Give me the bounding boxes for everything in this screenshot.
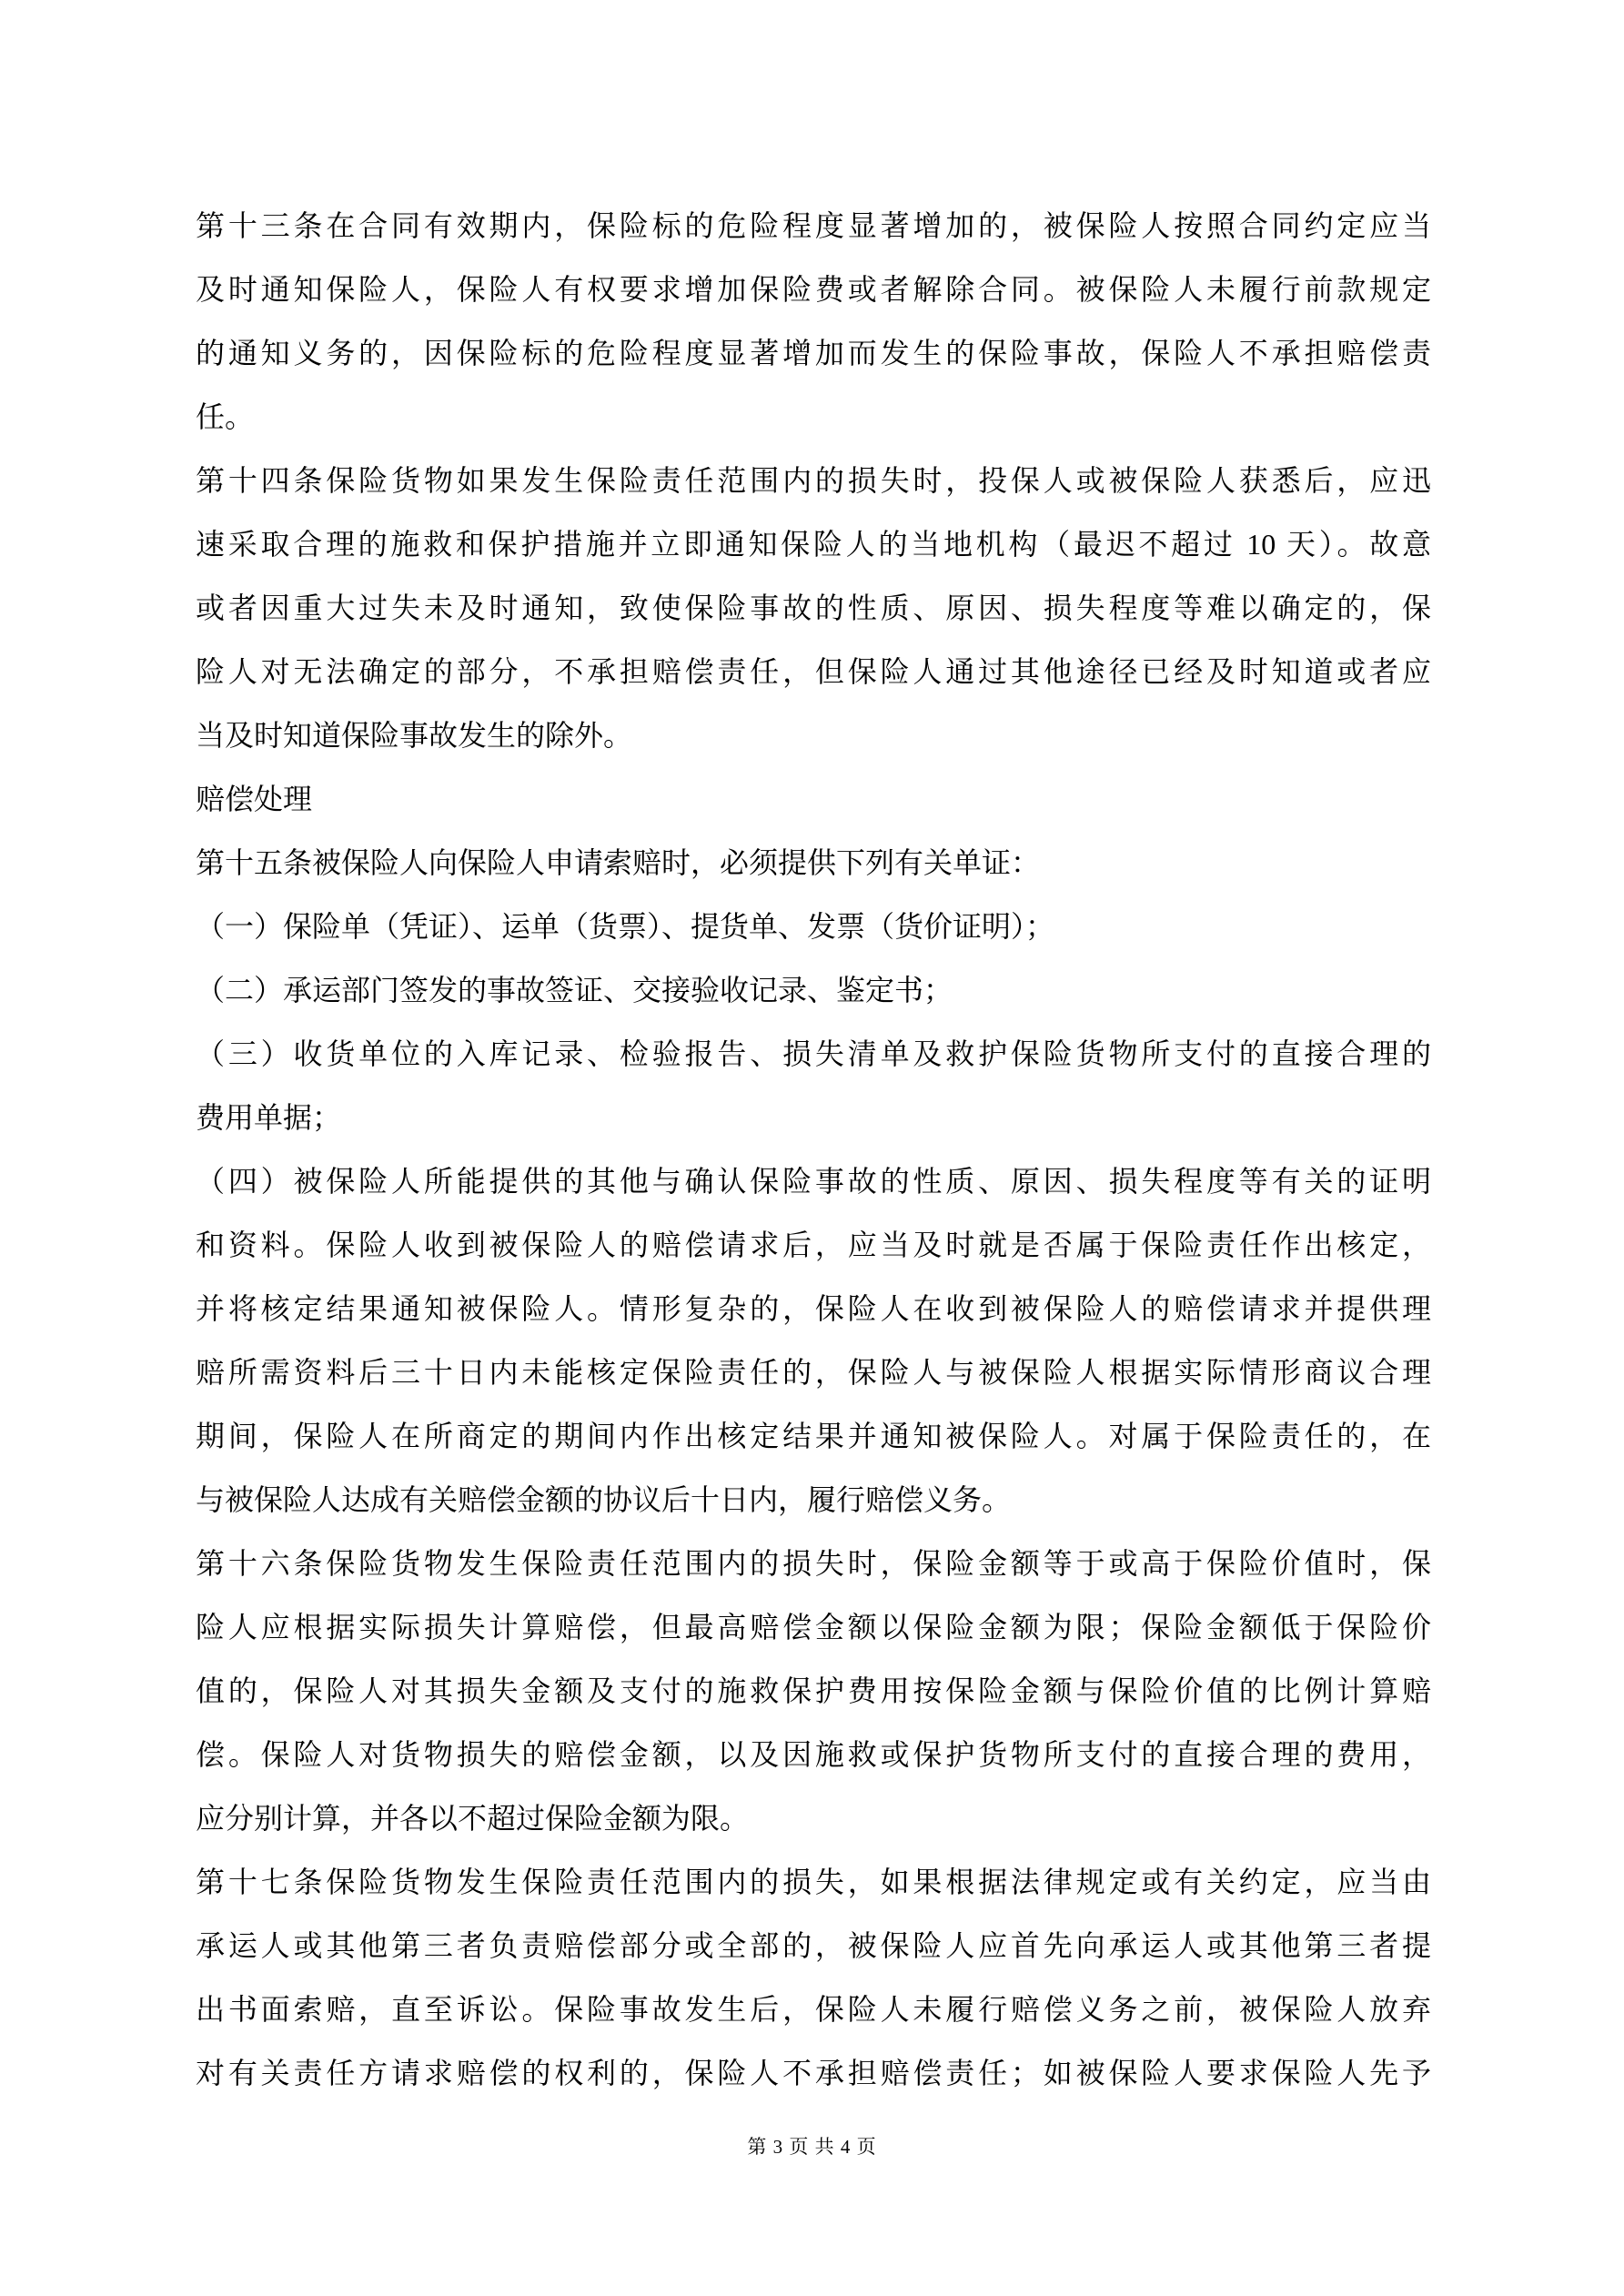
- text-line: 并将核定结果通知被保险人。情形复杂的，保险人在收到被保险人的赔偿请求并提供理: [196, 1277, 1431, 1340]
- text-line: 出书面索赔，直至诉讼。保险事故发生后，保险人未履行赔偿义务之前，被保险人放弃: [196, 1977, 1431, 2041]
- text-line: 第十七条保险货物发生保险责任范围内的损失，如果根据法律规定或有关约定，应当由: [196, 1850, 1431, 1914]
- text-line: 应分别计算，并各以不超过保险金额为限。: [196, 1786, 1431, 1850]
- text-line: 偿。保险人对货物损失的赔偿金额，以及因施救或保护货物所支付的直接合理的费用，: [196, 1723, 1431, 1786]
- text-line: 对有关责任方请求赔偿的权利的，保险人不承担赔偿责任；如被保险人要求保险人先予: [196, 2041, 1431, 2105]
- page-footer: 第 3 页 共 4 页: [0, 2126, 1624, 2168]
- text-line: 及时通知保险人，保险人有权要求增加保险费或者解除合同。被保险人未履行前款规定: [196, 258, 1431, 321]
- text-line: 第十三条在合同有效期内，保险标的危险程度显著增加的，被保险人按照合同约定应当: [196, 194, 1431, 258]
- text-line: 或者因重大过失未及时通知，致使保险事故的性质、原因、损失程度等难以确定的，保: [196, 576, 1431, 640]
- text-line: 期间，保险人在所商定的期间内作出核定结果并通知被保险人。对属于保险责任的，在: [196, 1404, 1431, 1468]
- text-line: 第十四条保险货物如果发生保险责任范围内的损失时，投保人或被保险人获悉后，应迅: [196, 449, 1431, 512]
- document-page: 第十三条在合同有效期内，保险标的危险程度显著增加的，被保险人按照合同约定应当及时…: [0, 0, 1624, 2296]
- text-line: 速采取合理的施救和保护措施并立即通知保险人的当地机构（最迟不超过 10 天）。故…: [196, 512, 1431, 576]
- text-line: 第十六条保险货物发生保险责任范围内的损失时，保险金额等于或高于保险价值时，保: [196, 1532, 1431, 1595]
- text-line: 险人对无法确定的部分，不承担赔偿责任，但保险人通过其他途径已经及时知道或者应: [196, 640, 1431, 703]
- text-line: 承运人或其他第三者负责赔偿部分或全部的，被保险人应首先向承运人或其他第三者提: [196, 1914, 1431, 1977]
- text-line: 值的，保险人对其损失金额及支付的施救保护费用按保险金额与保险价值的比例计算赔: [196, 1659, 1431, 1723]
- page-number: 第 3 页 共 4 页: [747, 2136, 876, 2158]
- text-line: 第十五条被保险人向保险人申请索赔时，必须提供下列有关单证：: [196, 831, 1431, 895]
- text-line: 赔偿处理: [196, 767, 1431, 831]
- text-line: 和资料。保险人收到被保险人的赔偿请求后，应当及时就是否属于保险责任作出核定，: [196, 1213, 1431, 1277]
- text-line: 险人应根据实际损失计算赔偿，但最高赔偿金额以保险金额为限；保险金额低于保险价: [196, 1595, 1431, 1659]
- document-body: 第十三条在合同有效期内，保险标的危险程度显著增加的，被保险人按照合同约定应当及时…: [196, 194, 1431, 2105]
- text-line: 费用单据；: [196, 1086, 1431, 1149]
- text-line: 任。: [196, 385, 1431, 449]
- text-line: 与被保险人达成有关赔偿金额的协议后十日内，履行赔偿义务。: [196, 1468, 1431, 1532]
- text-line: （二）承运部门签发的事故签证、交接验收记录、鉴定书；: [196, 958, 1431, 1022]
- text-line: 当及时知道保险事故发生的除外。: [196, 703, 1431, 767]
- text-line: （一）保险单（凭证）、运单（货票）、提货单、发票（货价证明）；: [196, 895, 1431, 958]
- text-line: （三）收货单位的入库记录、检验报告、损失清单及救护保险货物所支付的直接合理的: [196, 1022, 1431, 1086]
- text-line: 的通知义务的，因保险标的危险程度显著增加而发生的保险事故，保险人不承担赔偿责: [196, 321, 1431, 385]
- text-line: 赔所需资料后三十日内未能核定保险责任的，保险人与被保险人根据实际情形商议合理: [196, 1340, 1431, 1404]
- text-line: （四）被保险人所能提供的其他与确认保险事故的性质、原因、损失程度等有关的证明: [196, 1149, 1431, 1213]
